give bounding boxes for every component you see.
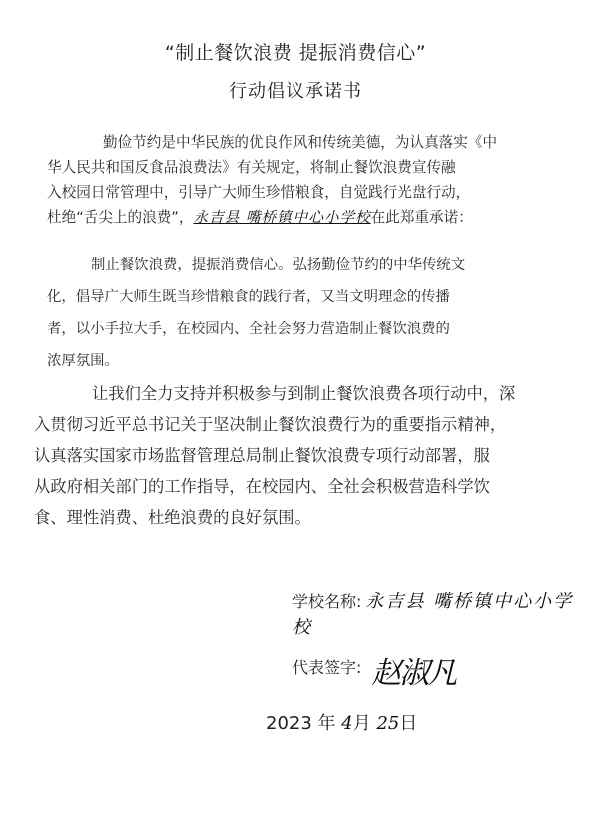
representative-label: 代表签字: xyxy=(292,658,361,677)
school-name-label: 学校名称: xyxy=(292,592,361,611)
representative-signature: 赵淑凡 xyxy=(371,656,455,691)
document-title: “制止餐饮浪费 提振消费信心” xyxy=(0,38,591,65)
paragraph-intro: 勤俭节约是中华民族的优良作风和传统美德，为认真落实《中 华人民共和国反食品浪费法… xyxy=(47,130,497,230)
representative-signature-row: 代表签字:赵淑凡 xyxy=(292,648,455,692)
date-day-unit: 日 xyxy=(399,713,417,734)
paragraph-line: 浓厚氛围。 xyxy=(47,345,465,377)
paragraph-text: 在此郑重承诺： xyxy=(371,209,473,226)
paragraph-text: 杜绝“舌尖上的浪费”， xyxy=(47,209,193,226)
paragraph-call-to-action: 让我们全力支持并积极参与到制止餐饮浪费各项行动中，深 入贯彻习近平总书记关于坚决… xyxy=(34,378,515,533)
date-year-unit: 年 xyxy=(318,713,336,734)
paragraph-line: 从政府相关部门的工作指导，在校园内、全社会积极营造科学饮 xyxy=(34,471,515,502)
paragraph-line: 入校园日常管理中，引导广大师生珍惜粮食，自觉践行光盘行动， xyxy=(47,180,497,205)
date-month-handwritten: 4 xyxy=(341,713,352,734)
school-name-row: 学校名称:永吉县 嘴桥镇中心小学校 xyxy=(292,587,591,639)
paragraph-line: 让我们全力支持并积极参与到制止餐饮浪费各项行动中，深 xyxy=(34,378,515,409)
handwritten-school-name: 永吉县 嘴桥镇中心小学校 xyxy=(193,209,370,226)
paragraph-line: 化，倡导广大师生既当珍惜粮食的践行者，又当文明理念的传播 xyxy=(47,281,465,313)
paragraph-commitment: 制止餐饮浪费，提振消费信心。弘扬勤俭节约的中华传统文 化，倡导广大师生既当珍惜粮… xyxy=(47,249,465,377)
paragraph-line: 者，以小手拉大手，在校园内、全社会努力营造制止餐饮浪费的 xyxy=(47,313,465,345)
paragraph-line: 认真落实国家市场监督管理总局制止餐饮浪费专项行动部署，服 xyxy=(34,440,515,471)
date-row: 2023 年 4月 25日 xyxy=(266,709,417,735)
date-day-handwritten: 25 xyxy=(376,713,399,734)
date-year: 2023 xyxy=(266,713,312,734)
paragraph-line: 华人民共和国反食品浪费法》有关规定，将制止餐饮浪费宣传融 xyxy=(47,155,497,180)
date-month-unit: 月 xyxy=(353,713,371,734)
document-subtitle: 行动倡议承诺书 xyxy=(0,77,591,103)
paragraph-line: 勤俭节约是中华民族的优良作风和传统美德，为认真落实《中 xyxy=(47,130,497,155)
paragraph-line: 入贯彻习近平总书记关于坚决制止餐饮浪费行为的重要指示精神， xyxy=(34,409,515,440)
paragraph-line: 食、理性消费、杜绝浪费的良好氛围。 xyxy=(34,502,515,533)
paragraph-line: 杜绝“舌尖上的浪费”，永吉县 嘴桥镇中心小学校在此郑重承诺： xyxy=(47,205,497,230)
paragraph-line: 制止餐饮浪费，提振消费信心。弘扬勤俭节约的中华传统文 xyxy=(47,249,465,281)
